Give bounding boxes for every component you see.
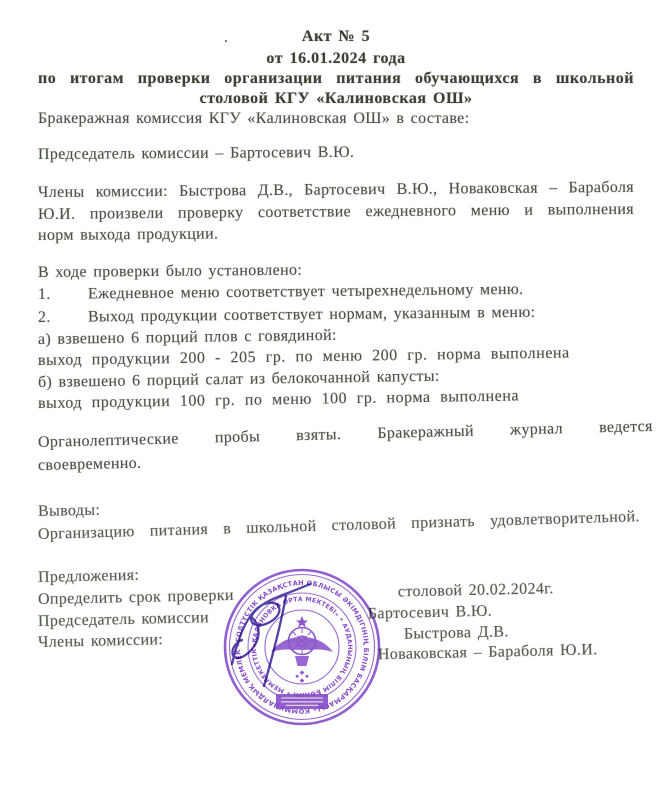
doc-subject-line-1: по итогам проверки организации питания о… bbox=[38, 68, 634, 90]
chairman-line: Председатель комиссии – Бартосевич В.Ю. bbox=[38, 140, 634, 166]
item-2-number: 2. bbox=[38, 306, 88, 328]
signature-scribble bbox=[200, 560, 350, 700]
doc-title: Акт № 5 bbox=[38, 26, 634, 48]
members-line-3: норм выхода продукции. bbox=[38, 220, 634, 247]
item-1-number: 1. bbox=[38, 283, 88, 305]
scanned-document-page: . Акт № 5 от 16.01.2024 года по итогам п… bbox=[0, 0, 671, 800]
doc-subject-line-2: столовой КГУ «Калиновская ОШ» bbox=[38, 88, 634, 110]
sig-chairman-label: Председатель комиссии bbox=[38, 609, 209, 630]
sig-members-label: Члены комиссии: bbox=[38, 631, 164, 651]
commission-intro: Бракеражная комиссия КГУ «Калиновская ОШ… bbox=[38, 108, 634, 130]
doc-date-line: от 16.01.2024 года bbox=[38, 48, 634, 70]
item-1-text: Ежедневное меню соответствует четырехнед… bbox=[88, 281, 524, 303]
sig-member-2-name: Новаковская – Бараболя Ю.И. bbox=[378, 639, 598, 665]
